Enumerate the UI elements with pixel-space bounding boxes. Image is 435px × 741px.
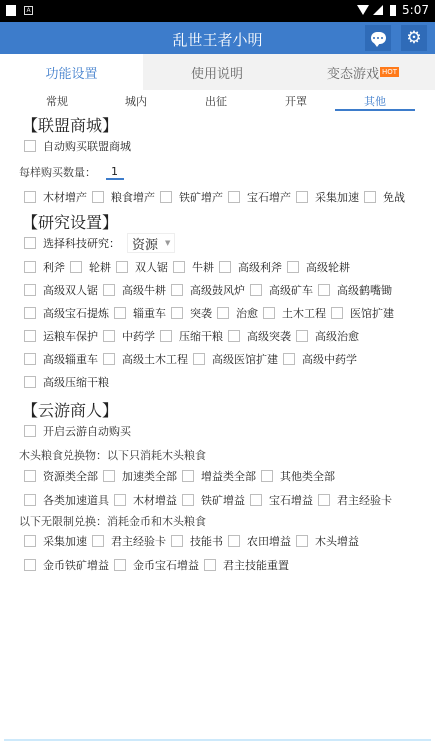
select-tech-checkbox[interactable]: 选择科技研究： — [24, 235, 120, 251]
subtab-shield[interactable]: 开罩 — [285, 93, 307, 109]
chat-bubble-icon — [371, 32, 386, 44]
tab-instructions[interactable]: 使用说明 — [143, 54, 291, 90]
research-checkbox[interactable]: 高级轮耕 — [287, 259, 350, 275]
research-row: 高级双人锯 高级牛耕 高级鼓风炉 高级矿车 高级鹤嘴锄 — [24, 282, 397, 298]
subtab-march[interactable]: 出征 — [205, 93, 227, 109]
merchant-checkbox[interactable]: 金币宝石增益 — [114, 557, 199, 573]
wifi-icon — [357, 5, 369, 15]
research-row: 运粮车保护 中药学 压缩干粮 高级突袭 高级治愈 — [24, 328, 364, 344]
merchant-checkbox[interactable]: 其他类全部 — [261, 468, 335, 484]
merchant-checkbox[interactable]: 各类加速道具 — [24, 492, 109, 508]
tab-modded-games[interactable]: 变态游戏 HOT — [291, 54, 435, 90]
alliance-auto-buy-checkbox[interactable]: 自动购买联盟商城 — [24, 138, 131, 154]
research-checkbox[interactable]: 高级鹤嘴锄 — [318, 282, 392, 298]
hot-badge: HOT — [380, 67, 399, 77]
research-row: 高级宝石提炼 辎重车 突袭 治愈 土木工程 医馆扩建 — [24, 305, 399, 321]
research-checkbox[interactable]: 高级医馆扩建 — [193, 351, 278, 367]
chat-button[interactable] — [365, 25, 391, 51]
checkbox[interactable] — [24, 140, 36, 152]
research-checkbox[interactable]: 高级土木工程 — [103, 351, 188, 367]
research-row: 高级压缩干粮 — [24, 374, 114, 390]
alliance-items-row: 木材增产 粮食增产 铁矿增产 宝石增产 采集加速 免战 — [24, 189, 410, 205]
merchant-row: 各类加速道具 木材增益 铁矿增益 宝石增益 君主经验卡 — [24, 492, 397, 508]
section-title-research: 【研究设置】 — [22, 210, 118, 233]
dropdown-caret-icon: ▼ — [165, 239, 170, 247]
alliance-item-checkbox[interactable]: 粮食增产 — [92, 189, 155, 205]
alliance-item-checkbox[interactable]: 采集加速 — [296, 189, 359, 205]
section-title-alliance-shop: 【联盟商城】 — [22, 113, 118, 136]
research-checkbox[interactable]: 中药学 — [103, 328, 155, 344]
merchant-row: 采集加速 君主经验卡 技能书 农田增益 木头增益 — [24, 533, 364, 549]
tab-function-settings[interactable]: 功能设置 — [0, 54, 143, 90]
app-bar: 乱世王者小明 ⚙ — [0, 22, 435, 54]
merchant-checkbox[interactable]: 加速类全部 — [103, 468, 177, 484]
merchant-checkbox[interactable]: 木头增益 — [296, 533, 359, 549]
merchant-checkbox[interactable]: 君主经验卡 — [92, 533, 166, 549]
alliance-item-checkbox[interactable]: 免战 — [364, 189, 405, 205]
subtab-city[interactable]: 城内 — [125, 93, 147, 109]
research-checkbox[interactable]: 运粮车保护 — [24, 328, 98, 344]
research-checkbox[interactable]: 突袭 — [171, 305, 212, 321]
research-checkbox[interactable]: 高级压缩干粮 — [24, 374, 109, 390]
merchant-auto-buy-checkbox[interactable]: 开启云游自动购买 — [24, 423, 131, 439]
alliance-auto-buy-row: 自动购买联盟商城 — [24, 138, 136, 154]
merchant-checkbox[interactable]: 采集加速 — [24, 533, 87, 549]
research-checkbox[interactable]: 高级宝石提炼 — [24, 305, 109, 321]
settings-button[interactable]: ⚙ — [401, 25, 427, 51]
merchant-row: 资源类全部 加速类全部 增益类全部 其他类全部 — [24, 468, 340, 484]
alliance-item-checkbox[interactable]: 木材增产 — [24, 189, 87, 205]
research-checkbox[interactable]: 高级辎重车 — [24, 351, 98, 367]
quantity-input[interactable]: 1 — [106, 165, 124, 180]
alliance-item-checkbox[interactable]: 宝石增产 — [228, 189, 291, 205]
unlimited-label: 以下无限制兑换：消耗金币和木头粮食 — [19, 513, 206, 529]
research-row: 高级辎重车 高级土木工程 高级医馆扩建 高级中药学 — [24, 351, 362, 367]
research-checkbox[interactable]: 治愈 — [217, 305, 258, 321]
research-checkbox[interactable]: 高级双人锯 — [24, 282, 98, 298]
wood-food-label: 木头粮食兑换物：以下只消耗木头粮食 — [19, 447, 206, 463]
select-tech-row: 选择科技研究： 资源 ▼ — [24, 235, 175, 251]
subtab-general[interactable]: 常规 — [46, 93, 68, 109]
research-checkbox[interactable]: 辎重车 — [114, 305, 166, 321]
research-checkbox[interactable]: 医馆扩建 — [331, 305, 394, 321]
signal-icon — [373, 5, 383, 15]
research-checkbox[interactable]: 高级治愈 — [296, 328, 359, 344]
merchant-checkbox[interactable]: 君主经验卡 — [318, 492, 392, 508]
main-tabs: 功能设置 使用说明 变态游戏 HOT — [0, 54, 435, 90]
research-checkbox[interactable]: 高级中药学 — [283, 351, 357, 367]
merchant-checkbox[interactable]: 宝石增益 — [250, 492, 313, 508]
status-bar: A 5:07 — [0, 0, 435, 22]
research-checkbox[interactable]: 利斧 — [24, 259, 65, 275]
research-checkbox[interactable]: 高级突袭 — [228, 328, 291, 344]
research-checkbox[interactable]: 土木工程 — [263, 305, 326, 321]
research-checkbox[interactable]: 高级鼓风炉 — [171, 282, 245, 298]
merchant-checkbox[interactable]: 君主技能重置 — [204, 557, 289, 573]
app-notification-icon: A — [24, 6, 33, 15]
research-checkbox[interactable]: 双人锯 — [116, 259, 168, 275]
tech-type-dropdown[interactable]: 资源 ▼ — [127, 233, 175, 253]
alliance-item-checkbox[interactable]: 铁矿增产 — [160, 189, 223, 205]
research-checkbox[interactable]: 高级牛耕 — [103, 282, 166, 298]
research-checkbox[interactable]: 高级矿车 — [250, 282, 313, 298]
research-checkbox[interactable]: 压缩干粮 — [160, 328, 223, 344]
battery-icon — [390, 5, 396, 16]
subtab-other[interactable]: 其他 — [364, 93, 386, 109]
merchant-auto-buy-row: 开启云游自动购买 — [24, 423, 136, 439]
research-checkbox[interactable]: 轮耕 — [70, 259, 111, 275]
merchant-checkbox[interactable]: 增益类全部 — [182, 468, 256, 484]
quantity-label: 每样购买数量： — [19, 166, 96, 179]
merchant-checkbox[interactable]: 农田增益 — [228, 533, 291, 549]
research-checkbox[interactable]: 牛耕 — [173, 259, 214, 275]
merchant-checkbox[interactable]: 木材增益 — [114, 492, 177, 508]
merchant-checkbox[interactable]: 铁矿增益 — [182, 492, 245, 508]
quantity-row: 每样购买数量： 1 — [19, 164, 124, 181]
merchant-checkbox[interactable]: 资源类全部 — [24, 468, 98, 484]
merchant-row: 金币铁矿增益 金币宝石增益 君主技能重置 — [24, 557, 294, 573]
research-row: 利斧 轮耕 双人锯 牛耕 高级利斧 高级轮耕 — [24, 259, 355, 275]
active-subtab-indicator — [335, 109, 415, 111]
gear-icon: ⚙ — [406, 30, 421, 47]
sub-tabs: 常规 城内 出征 开罩 其他 — [0, 90, 435, 112]
notification-icon — [6, 5, 16, 16]
clock: 5:07 — [402, 3, 429, 17]
section-title-merchant: 【云游商人】 — [22, 398, 118, 421]
merchant-checkbox[interactable]: 金币铁矿增益 — [24, 557, 109, 573]
merchant-checkbox[interactable]: 技能书 — [171, 533, 223, 549]
research-checkbox[interactable]: 高级利斧 — [219, 259, 282, 275]
